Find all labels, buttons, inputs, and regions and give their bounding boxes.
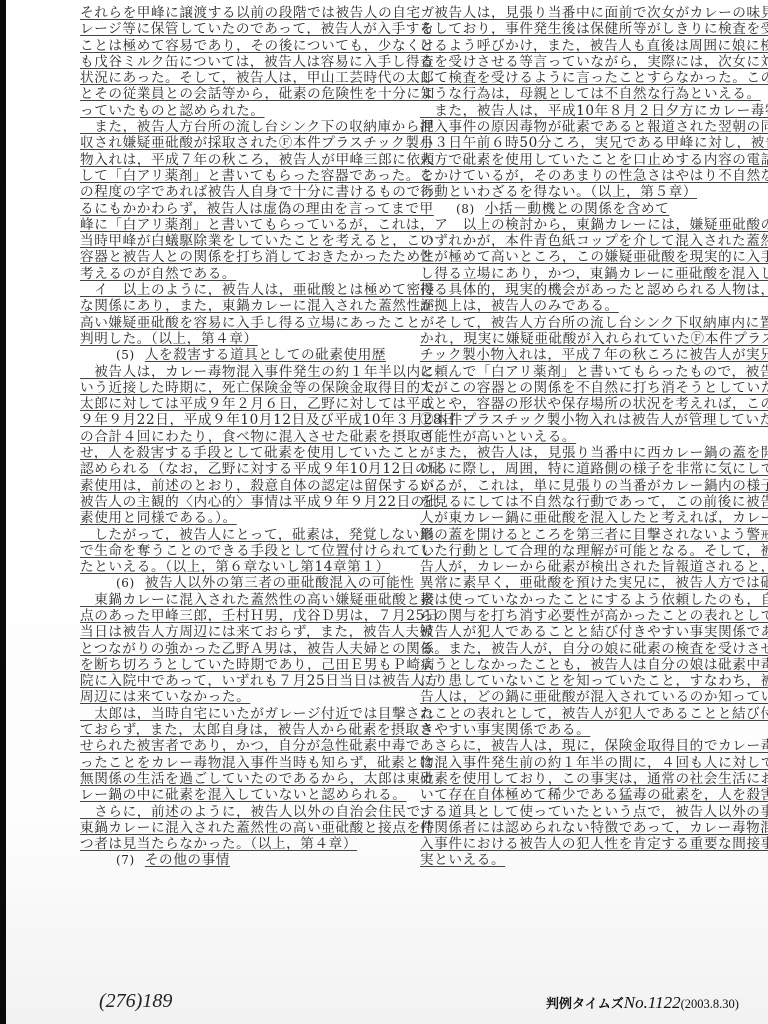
line-text: 容器と被告人との関係を打ち消しておきたかったためと <box>80 249 435 265</box>
line-text: 収され嫌疑亜砒酸が採取されたⒻ本件プラスチック製小 <box>80 135 434 151</box>
text-line: つ者は見当たらなかった。（以上，第４章） <box>80 837 406 853</box>
line-text: 素使用と同様である。）。 <box>80 510 237 526</box>
line-text: 東鍋カレーに混入された蓋然性の高い亜砒酸と接点を持 <box>80 820 435 836</box>
section-title: 小括－動機との関係を含めて <box>485 201 670 217</box>
line-text: さらに，被告人は，現に，保険金取得目的でカレー毒 <box>420 738 768 754</box>
line-text: ９年９月22日，平成９年10月12日及び平成10年３月28日 <box>80 412 456 428</box>
line-text: それらを甲峰に譲渡する以前の段階では被告人の自宅ガ <box>80 5 435 21</box>
line-text: チック製小物入れは，平成７年の秋ころに被告人が実兄 <box>420 347 768 363</box>
line-text: っていたものと認められた。 <box>80 103 265 119</box>
section-heading: (5)人を殺害する道具としての砒素使用歴 <box>80 348 406 364</box>
line-text: にり患していないことを知っていたこと，すなわち，被 <box>420 673 768 689</box>
left-column: それらを甲峰に譲渡する以前の段階では被告人の自宅ガレージ等に保管していたのであっ… <box>80 6 406 870</box>
text-line: 容器と被告人との関係を打ち消しておきたかったためと <box>80 250 406 266</box>
line-text: いて存在自体極めて稀少である猛毒の砒素を，人を殺害 <box>420 787 768 803</box>
text-line: いるが，これは，単に見張りの当番がカレー鍋内の様子 <box>420 479 748 495</box>
text-line: るにもかかわらず，被告人は虚偽の理由を言ってまで甲 <box>80 202 406 218</box>
line-text: 点のあった甲峰三郎，壬村Ｈ男，戊谷Ｄ男は，７月25日 <box>80 608 439 624</box>
publication-info: 判例タイムズNo.1122(2003.8.30) <box>546 993 739 1013</box>
line-text: いう近接した時期に，死亡保険金等の保険金取得目的で， <box>80 380 449 396</box>
text-line: 認められる（なお，乙野に対する平成９年10月12日の砒 <box>80 462 406 478</box>
line-text: 月３日午前６時50分ころ，実兄である甲峰に対し，被告 <box>420 135 768 151</box>
line-text: 被告人は，カレー毒物混入事件発生の約１年半以内と <box>80 364 435 380</box>
text-line: チック製小物入れは，平成７年の秋ころに被告人が実兄 <box>420 348 748 364</box>
line-text: 太郎に対しては平成９年２月６日，乙野に対しては平成 <box>80 396 435 412</box>
text-line: 当時甲峰が白蟻駆除業をしていたことを考えると，この <box>80 234 406 250</box>
text-line: 被告人の主観的〈内心的〉事情は平成９年９月22日の砒 <box>80 495 406 511</box>
line-text: かれ，現実に嫌疑亜砒酸が入れられていたⒻ本件プラス <box>420 331 768 347</box>
line-text: 被告人の主観的〈内心的〉事情は平成９年９月22日の砒 <box>80 494 439 510</box>
text-line: ア 以上の検討から，東鍋カレーには，嫌疑亜砒酸の <box>420 218 748 234</box>
line-text: また，被告人方台所の流し台シンク下の収納庫から押 <box>80 119 434 135</box>
text-line: さらに，前述のように，被告人以外の自治会住民で， <box>80 805 406 821</box>
text-line: たといえる。（以上，第６章ないし第14章第１） <box>80 560 406 576</box>
text-line: 得る具体的，現実的機会があったと認められる人物は， <box>420 283 748 299</box>
line-text: 状況にあった。そして，被告人は，甲山工芸時代の太郎 <box>80 70 434 86</box>
line-text: 行動といわざるを得ない。（以上，第５章） <box>420 184 697 200</box>
text-line: いずれかが，本件青色紙コップを介して混入された蓋然 <box>420 234 748 250</box>
line-text: きやすい事実関係である。 <box>420 722 590 738</box>
line-text: イ 以上のように，被告人は，亜砒酸とは極めて密接 <box>80 282 435 298</box>
text-line: レー鍋の中に砒素を混入していないと認められる。 <box>80 788 406 804</box>
text-line: して「白アリ薬剤」と書いてもらった容器であった。こ <box>80 169 406 185</box>
line-text: また，被告人は，見張り当番中に西カレー鍋の蓋を開 <box>420 445 768 461</box>
text-line: 物入れは，平成７年の秋ころ，被告人が甲峰三郎に依頼 <box>80 153 406 169</box>
text-line: をしており，事件発生後は保健所等がしきりに検査を受 <box>420 22 748 38</box>
text-line: 東鍋カレーに混入された蓋然性の高い亜砒酸と接点を持 <box>80 821 406 837</box>
text-line: らの関与を打ち消す必要性が高かったことの表れとして， <box>420 609 748 625</box>
line-text: 査を受けさせる等言っていながら，実際には，次女に対 <box>420 54 768 70</box>
text-line: で生命を奪うことのできる手段として位置付けられてい <box>80 544 406 560</box>
section-heading: (7)その他の事情 <box>80 853 406 869</box>
line-text: とつながりの強かった乙野Ａ男は，被告人夫婦との関係 <box>80 641 435 657</box>
text-line: 実といえる。 <box>420 853 748 869</box>
line-text: 認められる（なお，乙野に対する平成９年10月12日の砒 <box>80 461 443 477</box>
text-line: ったことをカレー毒物混入事件当時も知らず，砒素とは <box>80 756 406 772</box>
text-line: けるに際し，周囲，特に道路側の様子を非常に気にして <box>420 462 748 478</box>
section-heading: (6)被告人以外の第三者の亜砒酸混入の可能性 <box>80 576 406 592</box>
line-text: ことや，容器の形状や保存場所の状況を考えれば，この <box>420 396 768 412</box>
line-text: ようとしなかったことも，被告人は自分の娘は砒素中毒 <box>420 657 768 673</box>
text-line: 入事件における被告人の犯人性を肯定する重要な間接事 <box>420 837 748 853</box>
line-text: な関係にあり，また，東鍋カレーに混入された蓋然性が <box>80 298 435 314</box>
section-title: 人を殺害する道具としての砒素使用歴 <box>145 347 386 363</box>
text-line: ておらず，また，太郎自身は，被告人から砒素を摂取さ <box>80 723 406 739</box>
text-line: 砒素を使用しており，この事実は，通常の社会生活にお <box>420 772 748 788</box>
text-line: を見るにしては不自然な行動であって，この前後に被告 <box>420 495 748 511</box>
text-line: それらを甲峰に譲渡する以前の段階では被告人の自宅ガ <box>80 6 406 22</box>
text-line: も戊谷ミルク缶については，被告人は容易に入手し得る <box>80 55 406 71</box>
section-heading: (8)小括－動機との関係を含めて <box>420 202 748 218</box>
text-line: の合計４回にわたり，食べ物に混入させた砒素を摂取さ <box>80 430 406 446</box>
text-line: 峰に「白アリ薬剤」と書いてもらっているが，これは， <box>80 218 406 234</box>
text-line: 月３日午前６時50分ころ，実兄である甲峰に対し，被告 <box>420 136 748 152</box>
text-line: 周辺には来ていなかった。 <box>80 690 406 706</box>
text-line: 東鍋カレーに混入された蓋然性の高い嫌疑亜砒酸と接 <box>80 593 406 609</box>
text-line: たことの表れとして，被告人が犯人であることと結び付 <box>420 707 748 723</box>
line-text: に頼んで「白アリ薬剤」と書いてもらったもので，被告 <box>420 364 768 380</box>
line-text: して検査を受けるように言ったことすらなかった。この <box>420 70 768 86</box>
line-text: ておらず，また，太郎自身は，被告人から砒素を摂取さ <box>80 722 434 738</box>
text-line: いて存在自体極めて稀少である猛毒の砒素を，人を殺害 <box>420 788 748 804</box>
line-text: レー鍋の中に砒素を混入していないと認められる。 <box>80 787 406 803</box>
line-text: 可能性が高いといえる。 <box>420 429 576 445</box>
line-text: また，被告人は，平成10年８月２日夕方にカレー毒物 <box>420 103 768 119</box>
section-number: (5) <box>116 348 135 362</box>
line-text: ことは極めて容易であり，その後についても，少なくと <box>80 38 435 54</box>
line-text: ったことをカレー毒物混入事件当時も知らず，砒素とは <box>80 755 434 771</box>
line-text: 考えるのが自然である。 <box>80 266 236 282</box>
line-text: る。また，被告人が，自分の娘に砒素の検査を受けさせ <box>420 641 768 657</box>
text-line: 査を受けさせる等言っていながら，実際には，次女に対 <box>420 55 748 71</box>
text-line: 被告人は，見張り当番中に面前で次女がカレーの味見 <box>420 6 748 22</box>
text-line: し得る立場にあり，かつ，東鍋カレーに亜砒酸を混入し <box>420 267 748 283</box>
text-line: ことや，容器の形状や保存場所の状況を考えれば，この <box>420 397 748 413</box>
line-text: そして，被告人方台所の流し台シンク下収納庫内に置 <box>420 315 768 331</box>
text-line: 高い嫌疑亜砒酸を容易に入手し得る立場にあったことが <box>80 316 406 332</box>
text-line: 考えるのが自然である。 <box>80 267 406 283</box>
line-text: の合計４回にわたり，食べ物に混入させた砒素を摂取さ <box>80 429 435 445</box>
text-line: 人がこの容器との関係を不自然に打ち消そうとしていた <box>420 381 748 397</box>
text-line: したがって，被告人にとって，砒素は，発覚しない形 <box>80 528 406 544</box>
line-text: 太郎は，当時自宅にいたがガレージ付近では目撃され <box>80 706 435 722</box>
line-text: らの関与を打ち消す必要性が高かったことの表れとして， <box>420 608 768 624</box>
line-text: 砒素を使用しており，この事実は，通常の社会生活にお <box>420 771 768 787</box>
section-number: (7) <box>116 853 135 867</box>
text-line: に頼んで「白アリ薬剤」と書いてもらったもので，被告 <box>420 365 748 381</box>
line-text: して「白アリ薬剤」と書いてもらった容器であった。こ <box>80 168 434 184</box>
line-text: 実といえる。 <box>420 852 505 868</box>
issue-date: (2003.8.30) <box>681 997 739 1011</box>
text-line: また，被告人は，見張り当番中に西カレー鍋の蓋を開 <box>420 446 748 462</box>
issue-number: No.1122 <box>624 993 681 1012</box>
line-text: をかけているが，そのあまりの性急さはやはり不自然な <box>420 168 768 184</box>
text-line: 件関係者には認められない特徴であって，カレー毒物混 <box>420 821 748 837</box>
line-text: レージ等に保管していたのであって，被告人が入手する <box>80 21 434 37</box>
section-title: 被告人以外の第三者の亜砒酸混入の可能性 <box>145 575 415 591</box>
text-line: 素は使っていなかったことにするよう依頼したのも，自 <box>420 593 748 609</box>
line-text: 東鍋カレーに混入された蓋然性の高い嫌疑亜砒酸と接 <box>80 592 435 608</box>
line-text: する道具として使っていたという点で，被告人以外の事 <box>420 804 768 820</box>
line-text: ような行為は，母親としては不自然な行為といえる。 <box>420 86 761 102</box>
line-text: 判明した。（以上，第４章） <box>80 331 258 347</box>
line-text: 告人は，どの鍋に亜砒酸が混入されているのか知ってい <box>420 689 768 705</box>
text-line: 素使用は，前述のとおり，殺意自体の認定は留保するが， <box>80 479 406 495</box>
text-line: 無関係の生活を過ごしていたのであるから，太郎は東カ <box>80 772 406 788</box>
line-text: 人が東カレー鍋に亜砒酸を混入したと考えれば，カレー <box>420 510 768 526</box>
text-line: 素使用と同様である。）。 <box>80 511 406 527</box>
text-line: な関係にあり，また，東鍋カレーに混入された蓋然性が <box>80 299 406 315</box>
text-line: けるよう呼びかけ，また，被告人も直後は周囲に娘に検 <box>420 39 748 55</box>
line-text: した行動として合理的な理解が可能となる。そして，被 <box>420 543 768 559</box>
line-text: けるよう呼びかけ，また，被告人も直後は周囲に娘に検 <box>420 38 768 54</box>
text-line: する道具として使っていたという点で，被告人以外の事 <box>420 805 748 821</box>
text-line: 鍋の蓋を開けるところを第三者に目撃されないよう警戒 <box>420 528 748 544</box>
line-text: 証拠上は，被告人のみである。 <box>420 298 619 314</box>
line-text: 素は使っていなかったことにするよう依頼したのも，自 <box>420 592 768 608</box>
section-number: (8) <box>456 202 475 216</box>
text-line: 太郎は，当時自宅にいたがガレージ付近では目撃され <box>80 707 406 723</box>
line-text: せ，人を殺害する手段として砒素を使用していたことが <box>80 445 434 461</box>
text-line: いう近接した時期に，死亡保険金等の保険金取得目的で， <box>80 381 406 397</box>
text-line: る。また，被告人が，自分の娘に砒素の検査を受けさせ <box>420 642 748 658</box>
text-line: 証拠上は，被告人のみである。 <box>420 299 748 315</box>
text-line: した行動として合理的な理解が可能となる。そして，被 <box>420 544 748 560</box>
line-text: さらに，前述のように，被告人以外の自治会住民で， <box>80 804 435 820</box>
line-text: 高い嫌疑亜砒酸を容易に入手し得る立場にあったことが <box>80 315 435 331</box>
text-line: ような行為は，母親としては不自然な行為といえる。 <box>420 87 748 103</box>
line-text: をしており，事件発生後は保健所等がしきりに検査を受 <box>420 21 768 37</box>
text-line: 当日は被告人方周辺には来ておらず，また，被告人夫婦 <box>80 625 406 641</box>
text-line: 可能性が高いといえる。 <box>420 430 748 446</box>
text-line: イ 以上のように，被告人は，亜砒酸とは極めて密接 <box>80 283 406 299</box>
text-line: ようとしなかったことも，被告人は自分の娘は砒素中毒 <box>420 658 748 674</box>
text-line: 人が東カレー鍋に亜砒酸を混入したと考えれば，カレー <box>420 511 748 527</box>
text-line: ９年９月22日，平成９年10月12日及び平成10年３月28日 <box>80 413 406 429</box>
line-text: し得る立場にあり，かつ，東鍋カレーに亜砒酸を混入し <box>420 266 768 282</box>
line-text: 物入れは，平成７年の秋ころ，被告人が甲峰三郎に依頼 <box>80 152 435 168</box>
section-number: (6) <box>116 576 135 590</box>
text-line: せ，人を殺害する手段として砒素を使用していたことが <box>80 446 406 462</box>
line-text: るにもかかわらず，被告人は虚偽の理由を言ってまで甲 <box>80 201 434 217</box>
line-text: 院に入院中であって，いずれも７月25日当日は被告人方 <box>80 673 439 689</box>
section-title: その他の事情 <box>145 852 230 868</box>
text-line: そして，被告人方台所の流し台シンク下収納庫内に置 <box>420 316 748 332</box>
line-text: たといえる。（以上，第６章ないし第14章第１） <box>80 559 390 575</box>
text-line: とつながりの強かった乙野Ａ男は，被告人夫婦との関係 <box>80 642 406 658</box>
line-text: 異常に素早く，亜砒酸を預けた実兄に，被告人方では砒 <box>420 575 768 591</box>
text-line: きやすい事実関係である。 <box>420 723 748 739</box>
line-text: 人方で砒素を使用していたことを口止めする内容の電話 <box>420 152 768 168</box>
text-line: 判明した。（以上，第４章） <box>80 332 406 348</box>
line-text: 入事件における被告人の犯人性を肯定する重要な間接事 <box>420 836 768 852</box>
line-text: 素使用は，前述のとおり，殺意自体の認定は留保するが， <box>80 478 449 494</box>
text-line: 告人が，カレーから砒素が検出された旨報道されると， <box>420 560 748 576</box>
line-text: を見るにしては不自然な行動であって，この前後に被告 <box>420 494 768 510</box>
text-line: また，被告人は，平成10年８月２日夕方にカレー毒物 <box>420 104 748 120</box>
text-line: 点のあった甲峰三郎，壬村Ｈ男，戊谷Ｄ男は，７月25日 <box>80 609 406 625</box>
line-text: 性が極めて高いところ，この嫌疑亜砒酸を現実的に入手 <box>420 249 768 265</box>
line-text: Ⓕ本件プラスチック製小物入れは被告人が管理していた <box>420 412 768 428</box>
page-number: (276)189 <box>99 990 172 1013</box>
line-text: 告人が，カレーから砒素が検出された旨報道されると， <box>420 559 768 575</box>
text-line: 異常に素早く，亜砒酸を預けた実兄に，被告人方では砒 <box>420 576 748 592</box>
text-line: 人方で砒素を使用していたことを口止めする内容の電話 <box>420 153 748 169</box>
line-text: 物混入事件発生前の約１年半の間に，４回も人に対して <box>420 755 768 771</box>
text-line: とその従業員との会話等から，砒素の危険性を十分に知 <box>80 87 406 103</box>
line-text: を断ち切ろうとしていた時期であり，己田Ｅ男もＰ崎病 <box>80 657 435 673</box>
text-line: Ⓕ本件プラスチック製小物入れは被告人が管理していた <box>420 413 748 429</box>
text-line: ことは極めて容易であり，その後についても，少なくと <box>80 39 406 55</box>
text-line: っていたものと認められた。 <box>80 104 406 120</box>
text-line: さらに，被告人は，現に，保険金取得目的でカレー毒 <box>420 739 748 755</box>
magazine-name: 判例タイムズ <box>546 997 624 1012</box>
line-text: つ者は見当たらなかった。（以上，第４章） <box>80 836 357 852</box>
line-text: 峰に「白アリ薬剤」と書いてもらっているが，これは， <box>80 217 434 233</box>
line-text: けるに際し，周囲，特に道路側の様子を非常に気にして <box>420 461 768 477</box>
text-line: 告人は，どの鍋に亜砒酸が混入されているのか知ってい <box>420 690 748 706</box>
text-line: 性が極めて高いところ，この嫌疑亜砒酸を現実的に入手 <box>420 250 748 266</box>
text-line: 行動といわざるを得ない。（以上，第５章） <box>420 185 748 201</box>
line-text: 無関係の生活を過ごしていたのであるから，太郎は東カ <box>80 771 435 787</box>
line-text: ア 以上の検討から，東鍋カレーには，嫌疑亜砒酸の <box>420 217 768 233</box>
text-line: 被告人は，カレー毒物混入事件発生の約１年半以内と <box>80 365 406 381</box>
text-line: せられた被害者であり，かつ，自分が急性砒素中毒であ <box>80 739 406 755</box>
line-text: せられた被害者であり，かつ，自分が急性砒素中毒であ <box>80 738 434 754</box>
line-text: で生命を奪うことのできる手段として位置付けられてい <box>80 543 435 559</box>
line-text: 件関係者には認められない特徴であって，カレー毒物混 <box>420 820 768 836</box>
text-line: を断ち切ろうとしていた時期であり，己田Ｅ男もＰ崎病 <box>80 658 406 674</box>
line-text: 混入事件の原因毒物が砒素であると報道された翌朝の同 <box>420 119 768 135</box>
text-line: をかけているが，そのあまりの性急さはやはり不自然な <box>420 169 748 185</box>
line-text: 周辺には来ていなかった。 <box>80 689 250 705</box>
document-page: それらを甲峰に譲渡する以前の段階では被告人の自宅ガレージ等に保管していたのであっ… <box>6 0 768 1024</box>
text-line: レージ等に保管していたのであって，被告人が入手する <box>80 22 406 38</box>
line-text: 得る具体的，現実的機会があったと認められる人物は， <box>420 282 768 298</box>
text-line: 混入事件の原因毒物が砒素であると報道された翌朝の同 <box>420 120 748 136</box>
line-text: 人がこの容器との関係を不自然に打ち消そうとしていた <box>420 380 768 396</box>
line-text: いるが，これは，単に見張りの当番がカレー鍋内の様子 <box>420 478 768 494</box>
text-line: 被告人が犯人であることと結び付きやすい事実関係であ <box>420 625 748 641</box>
line-text: 被告人は，見張り当番中に面前で次女がカレーの味見 <box>420 5 768 21</box>
line-text: 鍋の蓋を開けるところを第三者に目撃されないよう警戒 <box>420 527 768 543</box>
line-text: したがって，被告人にとって，砒素は，発覚しない形 <box>80 527 434 543</box>
line-text: も戊谷ミルク缶については，被告人は容易に入手し得る <box>80 54 434 70</box>
line-text: の程度の字であれば被告人自身で十分に書けるものであ <box>80 184 435 200</box>
line-text: いずれかが，本件青色紙コップを介して混入された蓋然 <box>420 233 768 249</box>
right-column: 被告人は，見張り当番中に面前で次女がカレーの味見をしており，事件発生後は保健所等… <box>420 6 748 870</box>
text-line: 物混入事件発生前の約１年半の間に，４回も人に対して <box>420 756 748 772</box>
line-text: 被告人が犯人であることと結び付きやすい事実関係であ <box>420 624 768 640</box>
line-text: 当時甲峰が白蟻駆除業をしていたことを考えると，この <box>80 233 435 249</box>
line-text: たことの表れとして，被告人が犯人であることと結び付 <box>420 706 768 722</box>
text-line: 収され嫌疑亜砒酸が採取されたⒻ本件プラスチック製小 <box>80 136 406 152</box>
text-line: また，被告人方台所の流し台シンク下の収納庫から押 <box>80 120 406 136</box>
line-text: 当日は被告人方周辺には来ておらず，また，被告人夫婦 <box>80 624 434 640</box>
text-line: の程度の字であれば被告人自身で十分に書けるものであ <box>80 185 406 201</box>
text-line: 太郎に対しては平成９年２月６日，乙野に対しては平成 <box>80 397 406 413</box>
line-text: とその従業員との会話等から，砒素の危険性を十分に知 <box>80 86 435 102</box>
text-line: かれ，現実に嫌疑亜砒酸が入れられていたⒻ本件プラス <box>420 332 748 348</box>
